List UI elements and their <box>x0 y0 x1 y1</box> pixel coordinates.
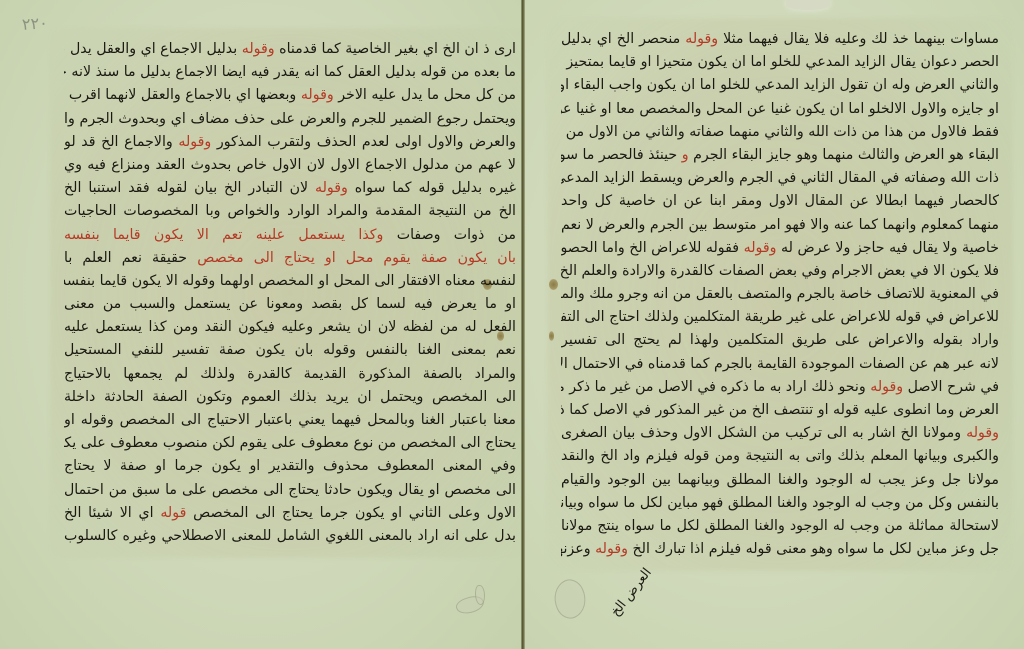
manuscript-line: للاعراض في قوله للاعراض على غير طريقة ال… <box>561 306 999 329</box>
manuscript-line: مساوات بينهما خذ لك وعليه فلا يقال فيهما… <box>561 28 999 51</box>
manuscript-line: مولانا جل وعز يجب له الوجود والغنا المطل… <box>561 469 999 492</box>
text-segment: او جايزه والاول الالخلو اما ان يكون غنيا… <box>561 101 999 117</box>
manuscript-line: البقاء هو العرض والثالث منهما وهو جايز ا… <box>561 144 999 167</box>
text-segment: من كل محل ما يدل عليه الاخر <box>334 87 516 103</box>
text-segment: معنا باعتبار الغنا وبالمحل فيهما يعني با… <box>64 412 516 428</box>
manuscript-line: من كل محل ما يدل عليه الاخر وقوله وبعضها… <box>64 84 516 107</box>
binding-hole <box>549 279 558 290</box>
manuscript-line: واراد بقوله والاعراض على طريق المتكلمين … <box>561 329 999 352</box>
manuscript-line: والثاني العرض وله ان تقول الزايد المدعي … <box>561 74 999 97</box>
text-segment: الحصر دعوان يقال الزايد المدعي للخلو اما… <box>561 54 999 70</box>
text-segment: بدليل الاجماع اي والعقل يدل عليه <box>64 41 242 57</box>
text-segment: منهما كمعلوم وانهما كما عنه والا فهو امر… <box>561 217 999 233</box>
manuscript-line: لانه عبر هم عن الصفات الموجودة القايمة ب… <box>561 353 999 376</box>
text-segment: الفعل له من لفظه لان ان يشعر وعليه فيكون… <box>64 319 516 335</box>
text-segment: والثاني العرض وله ان تقول الزايد المدعي … <box>561 77 999 93</box>
rubric-word: وقوله <box>242 41 275 57</box>
rubric-word: وقوله <box>315 180 348 196</box>
manuscript-line: من ذوات وصفات وكذا يستعمل علينه تعم الا … <box>64 224 516 247</box>
manuscript-line: منهما كمعلوم وانهما كما عنه والا فهو امر… <box>561 214 999 237</box>
manuscript-line: وفي المعنى المعطوف محذوف والتقدير او يكو… <box>64 455 516 478</box>
manuscript-line: والعرض والاول اولى لعدم الحذف ولتقرب الم… <box>64 131 516 154</box>
rubric-word: وقوله <box>178 134 211 150</box>
right-text-block: مساوات بينهما خذ لك وعليه فلا يقال فيهما… <box>561 28 999 561</box>
manuscript-line: والمراد بالصفة المذكورة القديمة كالقدرة … <box>64 363 516 386</box>
text-segment: ونحو ذلك اراد به ما ذكره في الاصل من غير… <box>561 379 870 395</box>
manuscript-line: او ما يعرض فيه لسما كل بقصد ومعونا عن يس… <box>64 293 516 316</box>
text-segment: نعم بمعنى الغنا بالنفس وقوله بان يكون صف… <box>64 342 516 358</box>
text-segment: وبعضها اي بالاجماع والعقل لانهما اقرب مذ… <box>64 87 301 103</box>
text-segment: لا عهم من مدلول الاجماع الاول لان الاول … <box>64 157 516 173</box>
manuscript-line: لاستحالة مماثلة من وجب له الوجود والغنا … <box>561 515 999 538</box>
rubric-word: وكذا يستعمل علينه تعم الا يكون قايما بنف… <box>64 227 383 243</box>
right-page: مساوات بينهما خذ لك وعليه فلا يقال فيهما… <box>524 0 1024 649</box>
manuscript-line: ما بعده من قوله بدليل العقل كما انه يقدر… <box>64 61 516 84</box>
manuscript-line: جل وعز مباين لكل ما سواه وهو معنى قوله ف… <box>561 538 999 561</box>
text-segment: للاعراض في قوله للاعراض على غير طريقة ال… <box>561 309 999 325</box>
manuscript-line: بدل على انه اراد بالمعنى اللغوي الشامل ل… <box>64 525 516 548</box>
text-segment: والكبرى وبيانها المعلم بذلك واتى به النت… <box>561 448 999 464</box>
manuscript-line: الى المخصص ويحتمل ان يريد بذلك العموم وت… <box>64 386 516 409</box>
manuscript-line: ارى ذ ان الخ اي بغير الخاصية كما قدمناه … <box>64 38 516 61</box>
text-segment: الاول وعلى الثاني او يكون جرما يحتاج الى… <box>186 505 516 521</box>
manuscript-spread: ٢٢٠ ارى ذ ان الخ اي بغير الخاصية كما قدم… <box>0 0 1024 649</box>
water-stain <box>475 585 485 605</box>
text-segment: في المعنوية للاتصاف خاصة بالجرم والمتصف … <box>561 286 999 302</box>
text-segment: كالحصار فيهما ابطالا عن المقال الاول ومق… <box>561 193 999 209</box>
left-text-block: ارى ذ ان الخ اي بغير الخاصية كما قدمناه … <box>64 38 516 548</box>
manuscript-line: الخ من النتيجة المقدمة والمراد الوارد وا… <box>64 200 516 223</box>
manuscript-line: خاصية ولا يقال فيه حاجز ولا عرض له وقوله… <box>561 237 999 260</box>
text-segment: والعرض والاول اولى لعدم الحذف ولتقرب الم… <box>211 134 516 150</box>
text-segment: فلا يكون الا في بعض الاجرام وفي بعض الصف… <box>561 263 999 279</box>
text-segment: جل وعز مباين لكل ما سواه وهو معنى قوله ف… <box>628 541 999 557</box>
text-segment: في شرح الاصل <box>903 379 999 395</box>
manuscript-line: غيره بدليل قوله كما سواه وقوله لان التبا… <box>64 177 516 200</box>
manuscript-line: يحتاج الى المخصص من نوع معطوف على يقوم ل… <box>64 432 516 455</box>
text-segment: فقط فالاول من هذا من ذات الله والثاني من… <box>561 124 999 140</box>
rubric-word: بان يكون صفة يقوم محل او يحتاج الى مخصص <box>197 250 516 266</box>
manuscript-line: نعم بمعنى الغنا بالنفس وقوله بان يكون صف… <box>64 339 516 362</box>
text-segment: والمراد بالصفة المذكورة القديمة كالقدرة … <box>64 366 516 382</box>
rubric-word: وقوله <box>744 240 777 256</box>
text-segment: خاصية ولا يقال فيه حاجز ولا عرض له <box>777 240 999 256</box>
text-segment: مولانا جل وعز يجب له الوجود والغنا المطل… <box>561 472 999 488</box>
rubric-word: و <box>682 147 689 163</box>
text-segment: حينئذ فالحصر ما سوى <box>561 147 682 163</box>
manuscript-line: العرض وما انطوى عليه قوله او تنتصف الخ م… <box>561 399 999 422</box>
text-segment: منحصر الخ اي بدليل <box>561 31 685 47</box>
left-page: ٢٢٠ ارى ذ ان الخ اي بغير الخاصية كما قدم… <box>0 0 524 649</box>
text-segment: لانه عبر هم عن الصفات الموجودة القايمة ب… <box>561 356 999 372</box>
manuscript-line: لنفسه معناه الافتقار الى المحل او المخصص… <box>64 270 516 293</box>
manuscript-line: كالحصار فيهما ابطالا عن المقال الاول ومق… <box>561 190 999 213</box>
manuscript-line: لا عهم من مدلول الاجماع الاول لان الاول … <box>64 154 516 177</box>
text-segment: الخ من النتيجة المقدمة والمراد الوارد وا… <box>64 203 516 219</box>
text-segment: ويحتمل رجوع الضمير للجرم والعرض على حذف … <box>64 111 516 127</box>
text-segment: لان التبادر الخ بيان لقوله فقد استنبا ال… <box>64 180 315 196</box>
manuscript-line: الفعل له من لفظه لان ان يشعر وعليه فيكون… <box>64 316 516 339</box>
text-segment: يحتاج الى المخصص من نوع معطوف على يقوم ل… <box>64 435 516 451</box>
rubric-word: وقوله <box>685 31 718 47</box>
water-stain <box>547 575 592 623</box>
rubric-word: وقوله <box>870 379 903 395</box>
text-segment: لاستحالة مماثلة من وجب له الوجود والغنا … <box>561 518 999 534</box>
manuscript-line: ذات الله وصفاته في المقال الثاني في الجر… <box>561 167 999 190</box>
manuscript-line: بان يكون صفة يقوم محل او يحتاج الى مخصص … <box>64 247 516 270</box>
text-segment: ما بعده من قوله بدليل العقل كما انه يقدر… <box>64 64 516 80</box>
text-segment: ذات الله وصفاته في المقال الثاني في الجر… <box>561 170 999 186</box>
manuscript-line: او جايزه والاول الالخلو اما ان يكون غنيا… <box>561 98 999 121</box>
text-segment: او ما يعرض فيه لسما كل بقصد ومعونا عن يس… <box>64 296 516 312</box>
text-segment: لنفسه معناه الافتقار الى المحل او المخصص… <box>64 273 516 289</box>
manuscript-line: الاول وعلى الثاني او يكون جرما يحتاج الى… <box>64 502 516 525</box>
manuscript-line: الحصر دعوان يقال الزايد المدعي للخلو اما… <box>561 51 999 74</box>
rubric-word: قوله <box>160 505 186 521</box>
manuscript-line: فقط فالاول من هذا من ذات الله والثاني من… <box>561 121 999 144</box>
text-segment: الى المخصص ويحتمل ان يريد بذلك العموم وت… <box>64 389 516 405</box>
manuscript-line: معنا باعتبار الغنا وبالمحل فيهما يعني با… <box>64 409 516 432</box>
text-segment: من ذوات وصفات <box>383 227 516 243</box>
rubric-word: وقوله <box>301 87 334 103</box>
text-segment: حقيقة نعم العلم با <box>64 250 197 266</box>
text-segment: فقوله للاعراض الخ واما الحصول <box>561 240 744 256</box>
manuscript-line: في المعنوية للاتصاف خاصة بالجرم والمتصف … <box>561 283 999 306</box>
text-segment: واراد بقوله والاعراض على طريق المتكلمين … <box>561 332 999 348</box>
text-segment: الى مخصص او يقال ويكون حادثا يحتاج الى م… <box>64 482 516 498</box>
folio-number: ٢٢٠ <box>21 13 48 34</box>
text-segment: والاجماع الخ قد لو <box>64 134 178 150</box>
text-segment: وفي المعنى المعطوف محذوف والتقدير او يكو… <box>64 458 516 474</box>
manuscript-line: ويحتمل رجوع الضمير للجرم والعرض على حذف … <box>64 108 516 131</box>
text-segment: ومولانا الخ اشار به الى تركيب من الشكل ا… <box>561 425 966 441</box>
rubric-word: وقوله <box>595 541 628 557</box>
binding-gutter <box>521 0 525 649</box>
manuscript-line: الى مخصص او يقال ويكون حادثا يحتاج الى م… <box>64 479 516 502</box>
manuscript-line: في شرح الاصل وقوله ونحو ذلك اراد به ما ذ… <box>561 376 999 399</box>
manuscript-line: بالنفس وكل من وجب له الوجود والغنا المطل… <box>561 492 999 515</box>
paper-damage <box>786 0 830 10</box>
manuscript-line: والكبرى وبيانها المعلم بذلك واتى به النت… <box>561 445 999 468</box>
manuscript-line: وقوله ومولانا الخ اشار به الى تركيب من ا… <box>561 422 999 445</box>
text-segment: بدل على انه اراد بالمعنى اللغوي الشامل ل… <box>64 528 516 544</box>
text-segment: العرض وما انطوى عليه قوله او تنتصف الخ م… <box>561 402 999 418</box>
binding-hole <box>549 331 554 341</box>
rubric-word: وقوله <box>966 425 999 441</box>
text-segment: بالنفس وكل من وجب له الوجود والغنا المطل… <box>561 495 999 511</box>
text-segment: وعزنها <box>561 541 595 557</box>
text-segment: ارى ذ ان الخ اي بغير الخاصية كما قدمناه <box>275 41 516 57</box>
text-segment: مساوات بينهما خذ لك وعليه فلا يقال فيهما… <box>718 31 999 47</box>
text-segment: اي الا شيئا الخ <box>64 505 160 521</box>
text-segment: البقاء هو العرض والثالث منهما وهو جايز ا… <box>689 147 999 163</box>
manuscript-line: فلا يكون الا في بعض الاجرام وفي بعض الصف… <box>561 260 999 283</box>
text-segment: غيره بدليل قوله كما سواه <box>348 180 516 196</box>
